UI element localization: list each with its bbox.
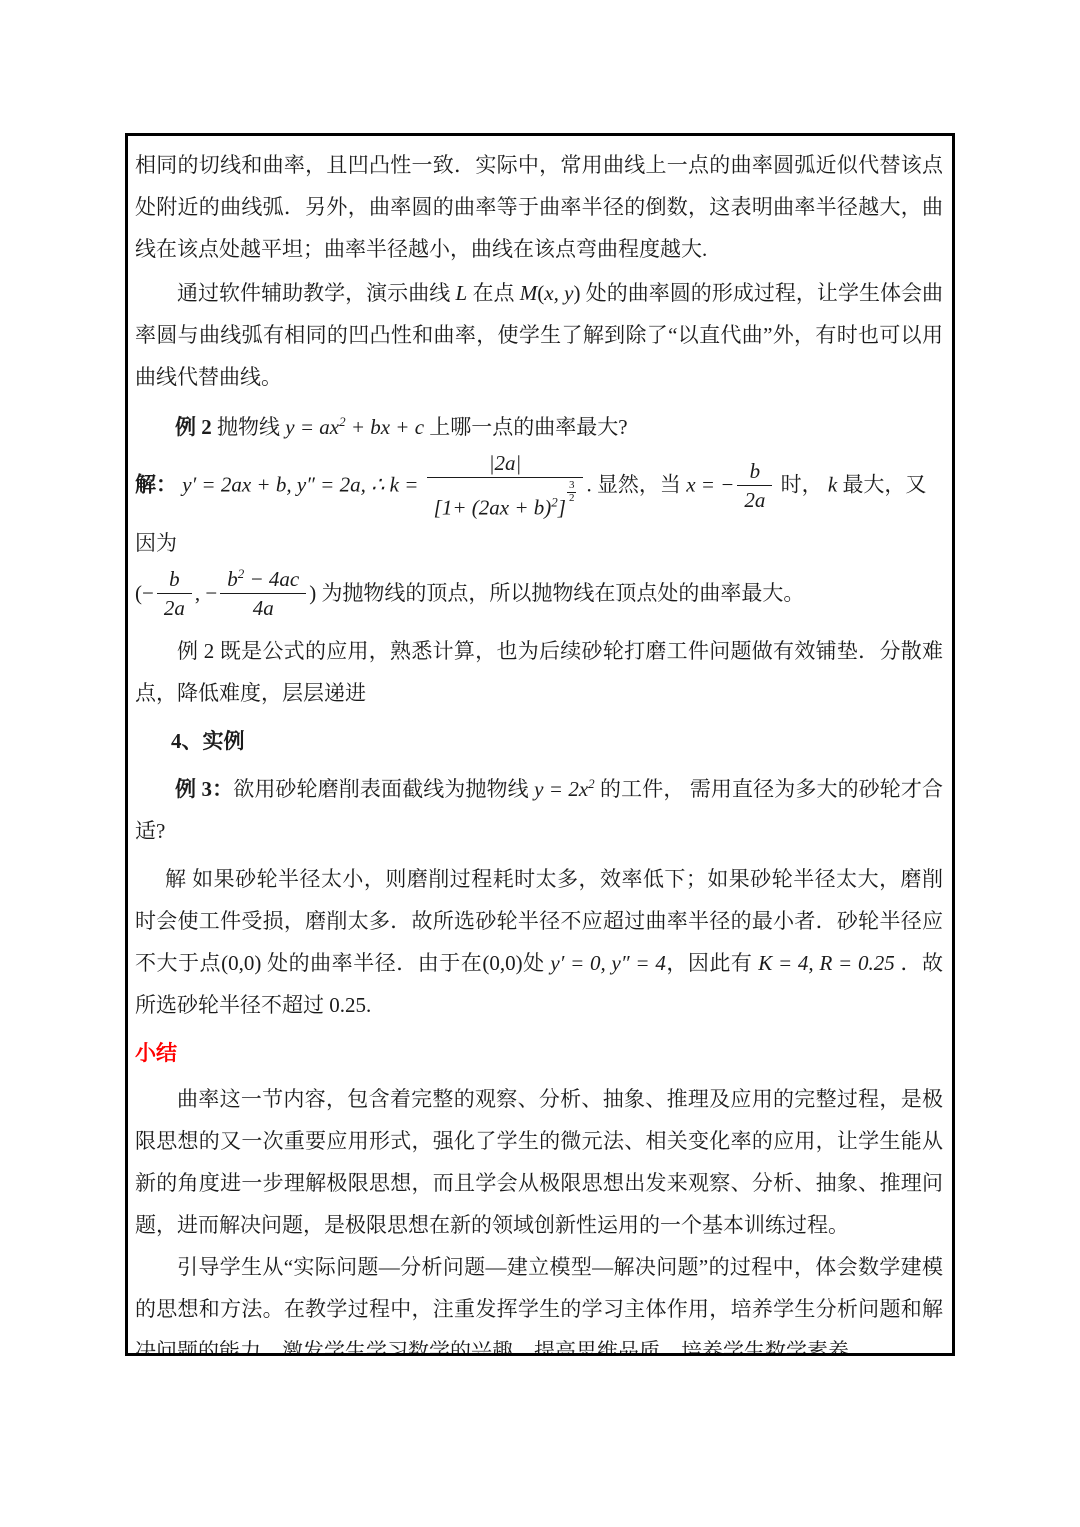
fraction-denominator: [1+ (2ax + b)2]32 bbox=[427, 478, 584, 520]
math-run: M bbox=[520, 281, 538, 305]
fraction-numerator: b2 − 4ac bbox=[220, 566, 306, 594]
text-run: 时， bbox=[775, 473, 828, 497]
fraction-numerator: b bbox=[157, 566, 192, 594]
fraction: b2 − 4ac4a bbox=[220, 566, 306, 620]
fraction-denominator: 4a bbox=[220, 594, 306, 620]
para-vertex-conclusion: (−b2a, −b2 − 4ac4a) 为抛物线的顶点，所以抛物线在顶点处的曲率… bbox=[135, 568, 943, 622]
fraction-numerator: |2a| bbox=[427, 450, 584, 478]
para-example2-solution: 解： y′ = 2ax + b, y″ = 2a, ∴ k = |2a|[1+ … bbox=[135, 452, 943, 564]
math-run: y = 2x bbox=[534, 777, 588, 801]
text-run: 相同的切线和曲率，且凹凸性一致．实际中，常用曲线上一点的曲率圆弧近似代替该点处附… bbox=[135, 153, 943, 261]
math-upright-run: . bbox=[586, 473, 597, 497]
text-run: 抛物线 bbox=[217, 415, 285, 439]
para-software-demo: 通过软件辅助教学，演示曲线 L 在点 M(x, y) 处的曲率圆的形成过程，让学… bbox=[135, 272, 943, 398]
text-run: 处 bbox=[523, 951, 551, 975]
text-run: 上哪一点的曲率最大? bbox=[424, 415, 628, 439]
text-run: 通过软件辅助教学，演示曲线 bbox=[177, 281, 456, 305]
para-example2-comment: 例 2 既是公式的应用，熟悉计算，也为后续砂轮打磨工件问题做有效铺垫．分散难点，… bbox=[135, 630, 943, 714]
bold-text-run: 例 3： bbox=[175, 777, 233, 801]
math-run: 2a bbox=[744, 488, 765, 512]
fraction-numerator: b bbox=[737, 458, 772, 486]
text-run: 在点 bbox=[467, 281, 520, 305]
math-upright-run: (− bbox=[135, 581, 154, 605]
text-run: 引导学生从“实际问题—分析问题—建立模型—解决问题”的过程中，体会数学建模的思想… bbox=[135, 1255, 943, 1356]
math-run: b bbox=[227, 567, 238, 591]
math-run: b bbox=[750, 459, 761, 483]
text-run: 曲率这一节内容，包含着完整的观察、分析、抽象、推理及应用的完整过程，是极限思想的… bbox=[135, 1087, 943, 1237]
heading-examples: 4、实例 bbox=[135, 720, 943, 762]
math-upright-run: , − bbox=[195, 581, 217, 605]
fraction-denominator: 2a bbox=[157, 594, 192, 620]
exponent-fraction: 32 bbox=[567, 480, 577, 504]
para-summary-1: 曲率这一节内容，包含着完整的观察、分析、抽象、推理及应用的完整过程，是极限思想的… bbox=[135, 1078, 943, 1246]
math-upright-run: (0,0) bbox=[482, 951, 522, 975]
math-run: y′ = 2ax + b, y″ = 2a, ∴ k = bbox=[177, 473, 424, 497]
fraction: b2a bbox=[157, 566, 192, 620]
exponent-numerator: 3 bbox=[567, 480, 577, 493]
math-run: y′ = 0, y″ = 4 bbox=[550, 951, 665, 975]
fraction-denominator: 2a bbox=[737, 486, 772, 512]
math-run: x = − bbox=[686, 473, 734, 497]
para-example3-solution: 解 如果砂轮半径太小，则磨削过程耗时太多，效率低下；如果砂轮半径太大，磨削时会使… bbox=[135, 858, 943, 1026]
para-summary-2: 引导学生从“实际问题—分析问题—建立模型—解决问题”的过程中，体会数学建模的思想… bbox=[135, 1246, 943, 1356]
text-run: 为抛物线的顶点，所以抛物线在顶点处的曲率最大。 bbox=[316, 581, 804, 605]
para-example2-title: 例 2 抛物线 y = ax2 + bx + c 上哪一点的曲率最大? bbox=[135, 406, 943, 448]
fraction: b2a bbox=[737, 458, 772, 512]
fraction: |2a|[1+ (2ax + b)2]32 bbox=[427, 450, 584, 520]
math-run: + bx + c bbox=[346, 415, 424, 439]
math-upright-run: (0,0) bbox=[221, 951, 261, 975]
math-run: K = 4, R = 0.25 bbox=[758, 951, 895, 975]
para-curvature-circle-intro: 相同的切线和曲率，且凹凸性一致．实际中，常用曲线上一点的曲率圆弧近似代替该点处附… bbox=[135, 144, 943, 270]
text-run: 例 2 既是公式的应用，熟悉计算，也为后续砂轮打磨工件问题做有效铺垫．分散难点，… bbox=[135, 639, 943, 705]
math-run: b bbox=[169, 567, 180, 591]
para-example3-title: 例 3：欲用砂轮磨削表面截线为抛物线 y = 2x2 的工件， 需用直径为多大的… bbox=[135, 768, 943, 852]
math-run: L bbox=[456, 281, 468, 305]
summary-heading-text: 小结 bbox=[135, 1041, 177, 1065]
text-run: 欲用砂轮磨削表面截线为抛物线 bbox=[233, 777, 534, 801]
bold-text-run: 解： bbox=[135, 473, 177, 497]
math-run: 4a bbox=[253, 596, 274, 620]
math-run: − 4ac bbox=[244, 567, 299, 591]
text-run: ，因此有 bbox=[666, 951, 758, 975]
document-cell: 相同的切线和曲率，且凹凸性一致．实际中，常用曲线上一点的曲率圆弧近似代替该点处附… bbox=[125, 133, 955, 1356]
page-root: 相同的切线和曲率，且凹凸性一致．实际中，常用曲线上一点的曲率圆弧近似代替该点处附… bbox=[0, 0, 1080, 1527]
math-run: y = ax bbox=[285, 415, 339, 439]
exponent-denominator: 2 bbox=[567, 493, 577, 505]
bold-text-run: 例 2 bbox=[175, 415, 217, 439]
text-run: 显然，当 bbox=[597, 473, 686, 497]
heading-summary: 小结 bbox=[135, 1032, 943, 1074]
math-run: 2a bbox=[164, 596, 185, 620]
math-run: |2a| bbox=[489, 451, 522, 475]
math-run: ] bbox=[558, 496, 566, 520]
text-run: 处的曲率半径．由于在 bbox=[261, 951, 482, 975]
math-run: k bbox=[828, 473, 837, 497]
bold-text-run: 4、实例 bbox=[171, 729, 245, 753]
math-run: [1+ (2ax + b) bbox=[434, 496, 552, 520]
math-upright-run: 0.25. bbox=[329, 993, 371, 1017]
math-run: x, y bbox=[544, 281, 573, 305]
